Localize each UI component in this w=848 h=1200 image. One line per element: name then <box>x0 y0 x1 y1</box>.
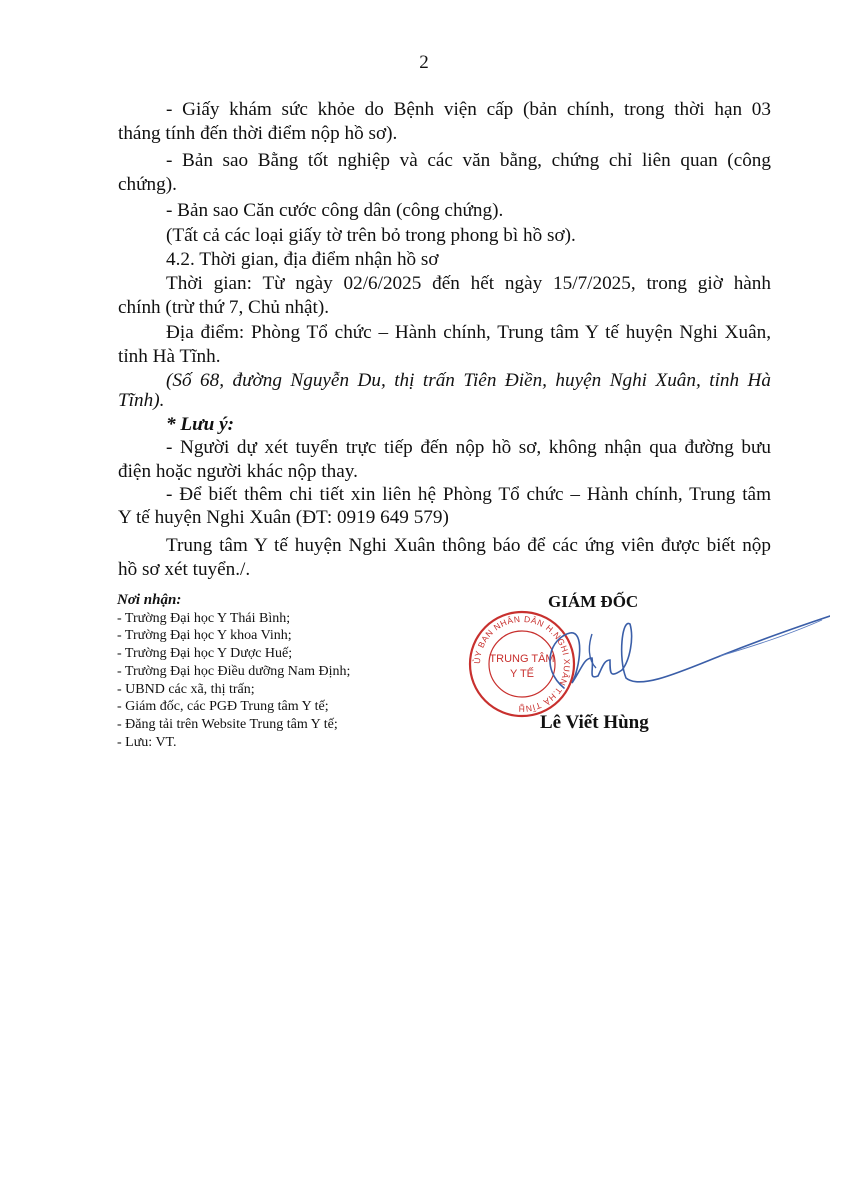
paragraph-note2-l2: Y tế huyện Nghi Xuân (ĐT: 0919 649 579) <box>118 506 771 530</box>
paragraph-location-l1: Địa điểm: Phòng Tổ chức – Hành chính, Tr… <box>118 321 771 345</box>
recipient-item: - Trường Đại học Y Dược Huế; <box>117 645 350 663</box>
paragraph-diploma-l1: - Bản sao Bằng tốt nghiệp và các văn bằn… <box>118 149 771 173</box>
svg-text:*: * <box>520 702 524 711</box>
handwritten-signature-icon <box>530 598 830 708</box>
recipients-title: Nơi nhận: <box>117 592 350 610</box>
page-number: 2 <box>0 52 848 74</box>
paragraph-note2-l1: - Để biết thêm chi tiết xin liên hệ Phòn… <box>118 483 771 507</box>
note-heading: * Lưu ý: <box>118 413 771 437</box>
paragraph-envelope: (Tất cả các loại giấy tờ trên bỏ trong p… <box>118 224 771 248</box>
signature-block: GIÁM ĐỐC ỦY BAN NHÂN DÂN H.NGHI XUÂN T.H… <box>470 588 830 748</box>
paragraph-diploma-l2: chứng). <box>118 173 771 197</box>
paragraph-health-cert-l1: - Giấy khám sức khỏe do Bệnh viện cấp (b… <box>118 98 771 122</box>
recipient-item: - Đăng tải trên Website Trung tâm Y tế; <box>117 716 350 734</box>
recipient-item: - Trường Đại học Y Thái Bình; <box>117 610 350 628</box>
paragraph-closing-l1: Trung tâm Y tế huyện Nghi Xuân thông báo… <box>118 534 771 558</box>
section-heading-4-2: 4.2. Thời gian, địa điểm nhận hồ sơ <box>118 248 771 272</box>
paragraph-id-card: - Bản sao Căn cước công dân (công chứng)… <box>118 199 771 223</box>
paragraph-location-l2: tỉnh Hà Tĩnh. <box>118 345 771 369</box>
paragraph-address-l2: Tĩnh). <box>118 389 771 413</box>
paragraph-health-cert-l2: tháng tính đến thời điểm nộp hồ sơ). <box>118 122 771 146</box>
paragraph-time-l1: Thời gian: Từ ngày 02/6/2025 đến hết ngà… <box>118 272 771 296</box>
recipient-item: - Trường Đại học Y khoa Vinh; <box>117 627 350 645</box>
recipient-item: - Trường Đại học Điều dưỡng Nam Định; <box>117 663 350 681</box>
recipient-item: - UBND các xã, thị trấn; <box>117 681 350 699</box>
recipients-block: Nơi nhận: - Trường Đại học Y Thái Bình; … <box>117 592 350 751</box>
paragraph-note1-l2: điện hoặc người khác nộp thay. <box>118 460 771 484</box>
recipient-item: - Giám đốc, các PGĐ Trung tâm Y tế; <box>117 698 350 716</box>
paragraph-time-l2: chính (trừ thứ 7, Chủ nhật). <box>118 296 771 320</box>
signer-name: Lê Viết Hùng <box>540 712 649 734</box>
recipient-item: - Lưu: VT. <box>117 734 350 752</box>
paragraph-note1-l1: - Người dự xét tuyển trực tiếp đến nộp h… <box>118 436 771 460</box>
paragraph-closing-l2: hồ sơ xét tuyển./. <box>118 558 771 582</box>
